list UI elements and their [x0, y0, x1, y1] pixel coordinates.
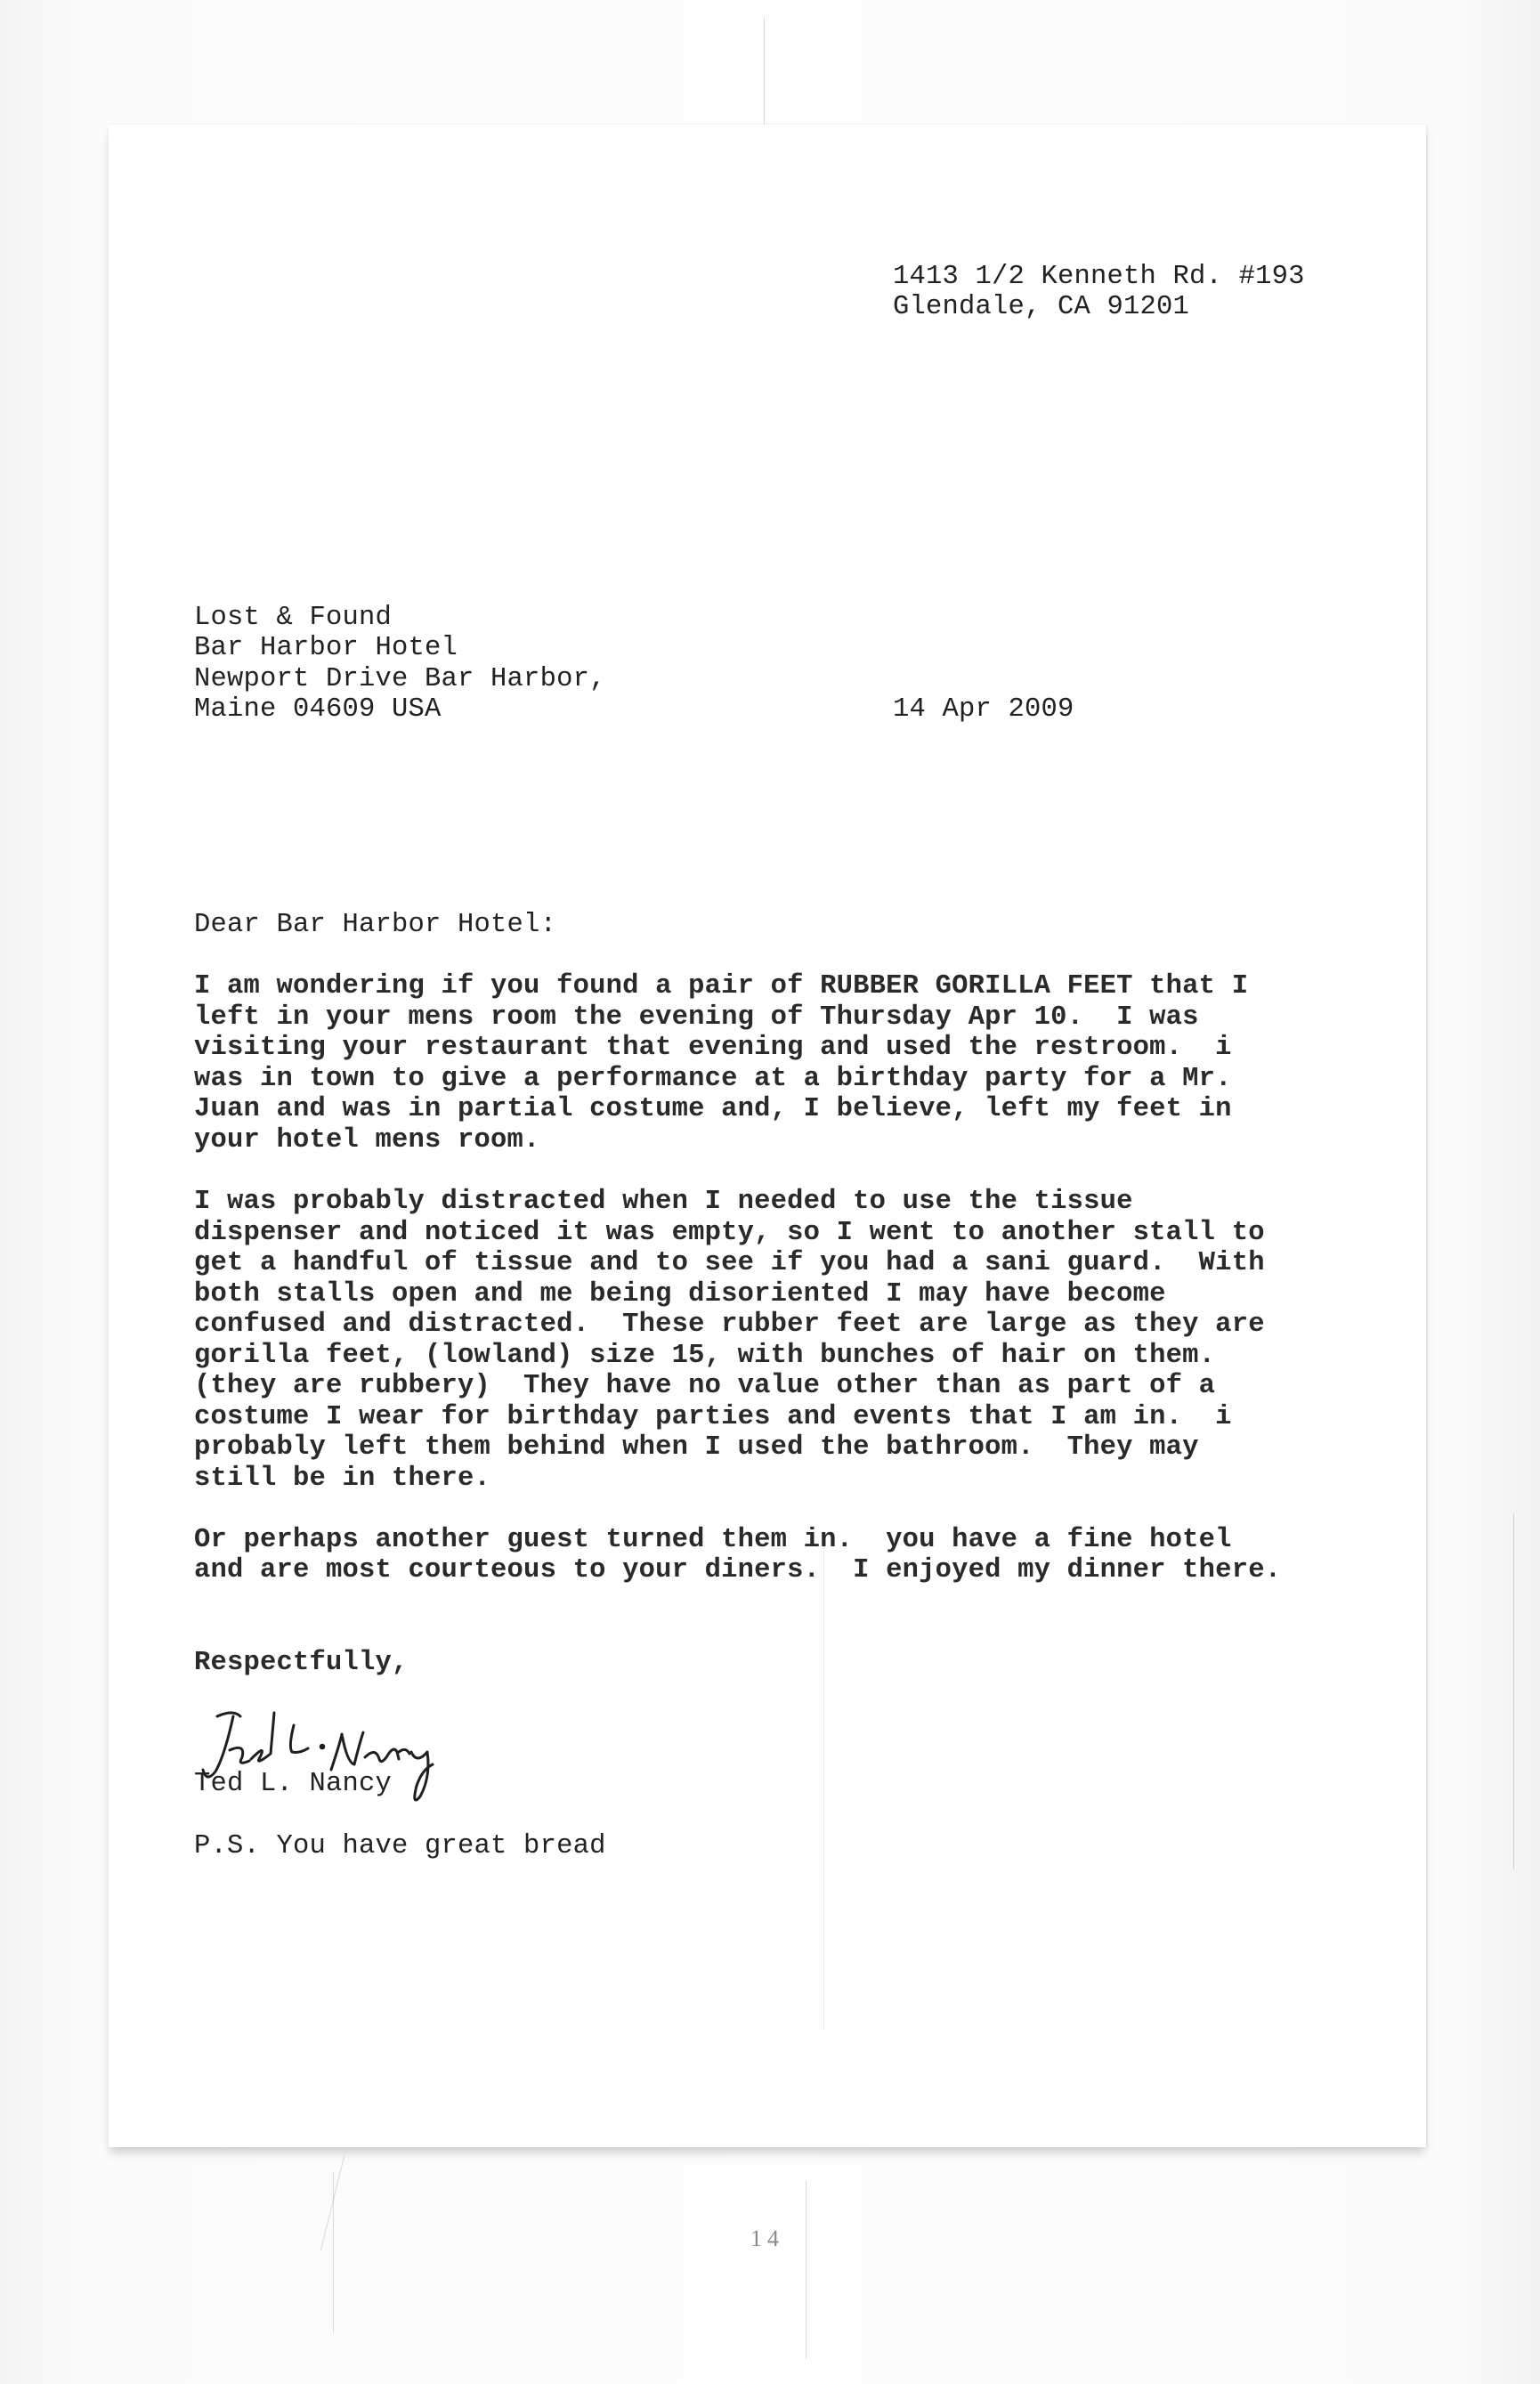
paragraph-line: visiting your restaurant that evening an…: [194, 1033, 1232, 1064]
paragraph-line: I was probably distracted when I needed …: [194, 1187, 1133, 1218]
paragraph-line: probably left them behind when I used th…: [194, 1432, 1199, 1464]
paragraph-line: I am wondering if you found a pair of RU…: [194, 971, 1248, 1002]
sender-address-line-2: Glendale, CA 91201: [893, 292, 1189, 323]
paragraph-line: both stalls open and me being disoriente…: [194, 1279, 1166, 1310]
recipient-address-line-3: Newport Drive Bar Harbor,: [194, 664, 606, 695]
paper-fold-line: [823, 1531, 824, 2030]
paragraph-line: was in town to give a performance at a b…: [194, 1064, 1232, 1095]
paragraph-line: get a handful of tissue and to see if yo…: [194, 1248, 1265, 1279]
paragraph-line: Juan and was in partial costume and, I b…: [194, 1094, 1232, 1125]
postscript: P.S. You have great bread: [194, 1831, 606, 1862]
scan-crease: [333, 2172, 334, 2332]
closing: Respectfully,: [194, 1648, 409, 1679]
recipient-address-line-4: Maine 04609 USA: [194, 694, 442, 726]
paragraph-line: still be in there.: [194, 1464, 490, 1495]
paragraph-line: (they are rubbery) They have no value ot…: [194, 1371, 1215, 1402]
signer-name: Ted L. Nancy: [194, 1769, 392, 1800]
paragraph-line: dispenser and noticed it was empty, so I…: [194, 1218, 1265, 1249]
recipient-address-line-2: Bar Harbor Hotel: [194, 633, 458, 664]
paragraph-line: costume I wear for birthday parties and …: [194, 1402, 1232, 1433]
paragraph-line: left in your mens room the evening of Th…: [194, 1002, 1199, 1034]
salutation: Dear Bar Harbor Hotel:: [194, 910, 556, 941]
scan-crease: [764, 18, 765, 125]
paragraph-line: Or perhaps another guest turned them in.…: [194, 1525, 1232, 1556]
paragraph-line: confused and distracted. These rubber fe…: [194, 1310, 1265, 1341]
page-number: 14: [750, 2226, 784, 2252]
paragraph-line: gorilla feet, (lowland) size 15, with bu…: [194, 1341, 1215, 1372]
paragraph-line: and are most courteous to your diners. I…: [194, 1555, 1281, 1586]
letter-date: 14 Apr 2009: [893, 694, 1074, 726]
sender-address-line-1: 1413 1/2 Kenneth Rd. #193: [893, 262, 1305, 293]
scan-crease: [806, 2181, 806, 2359]
paragraph-line: your hotel mens room.: [194, 1125, 540, 1156]
recipient-address-line-1: Lost & Found: [194, 603, 392, 634]
scan-crease: [1513, 1513, 1514, 1869]
